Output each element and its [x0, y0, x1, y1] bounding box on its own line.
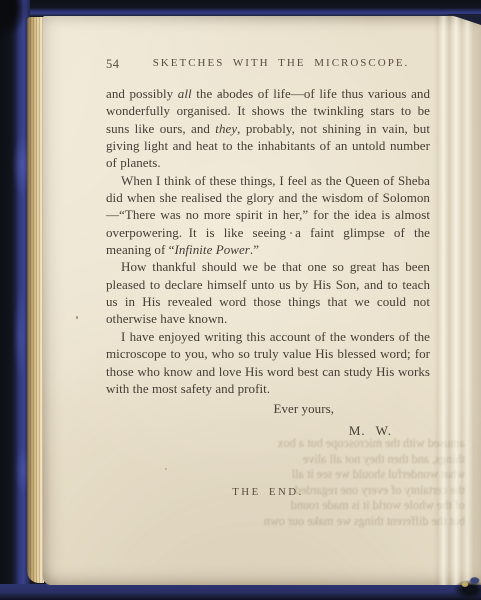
page-body-text: and possibly all the abodes of life—of l…	[106, 85, 430, 439]
fox-spot	[76, 316, 78, 319]
book-cover-top-edge	[0, 0, 481, 16]
book-page: amused with the microscope but a boxthin…	[43, 16, 481, 585]
cover-damage-spot	[446, 573, 481, 600]
ghost-text-line: what wonderful should we see it all	[233, 467, 465, 483]
ghost-text-line: things, and then they not all alive	[233, 452, 465, 468]
paragraphs: and possibly all the abodes of life—of l…	[106, 85, 430, 397]
worn-corner-top-left	[0, 0, 40, 52]
page-number: 54	[106, 57, 120, 72]
show-through-text: amused with the microscope but a boxthin…	[233, 436, 465, 530]
running-header: SKETCHES WITH THE MICROSCOPE.	[106, 57, 430, 69]
page-edge-stack	[27, 17, 44, 583]
ghost-text-line: but the different things we make our own	[233, 514, 465, 530]
book-cover-bottom-edge	[0, 584, 481, 600]
body-paragraph: I have enjoyed writing this account of t…	[106, 328, 430, 397]
book-page-photo: amused with the microscope but a boxthin…	[0, 0, 481, 600]
signature-initials: M. W.	[106, 422, 430, 439]
body-paragraph: When I think of these things, I feel as …	[106, 172, 430, 259]
ghost-text-line: of the whole world it is made round	[233, 498, 465, 514]
valediction: Ever yours,	[106, 400, 430, 417]
the-end-mark: THE END.	[106, 486, 430, 498]
body-paragraph: and possibly all the abodes of life—of l…	[106, 85, 430, 172]
body-paragraph: How thankful should we be that one so gr…	[106, 258, 430, 327]
book-cover-left-board	[0, 0, 30, 600]
page-header: 54 SKETCHES WITH THE MICROSCOPE.	[106, 57, 430, 69]
fox-spot	[165, 468, 167, 470]
